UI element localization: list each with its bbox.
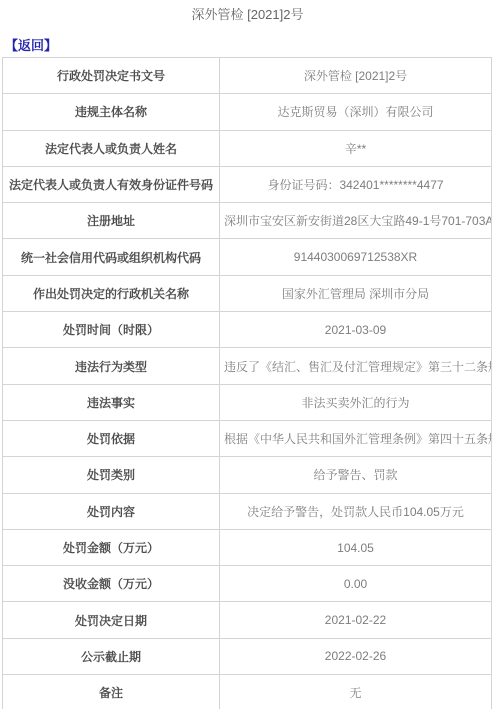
- row-label: 备注: [3, 675, 220, 709]
- penalty-page: 深外管检 [2021]2号 【返回】 行政处罚决定书文号深外管检 [2021]2…: [0, 0, 495, 709]
- row-label: 没收金额（万元）: [3, 566, 220, 602]
- penalty-table-body: 行政处罚决定书文号深外管检 [2021]2号违规主体名称达克斯贸易（深圳）有限公…: [3, 58, 492, 709]
- row-label: 违法事实: [3, 384, 220, 420]
- table-row: 违法行为类型违反了《结汇、售汇及付汇管理规定》第三十二条规定: [3, 348, 492, 384]
- row-value: 无: [220, 675, 492, 709]
- row-label: 处罚时间（时限）: [3, 312, 220, 348]
- row-value: 9144030069712538XR: [220, 239, 492, 275]
- row-value: 深圳市宝安区新安街道28区大宝路49-1号701-703A室: [220, 203, 492, 239]
- row-label: 法定代表人或负责人姓名: [3, 130, 220, 166]
- table-row: 注册地址深圳市宝安区新安街道28区大宝路49-1号701-703A室: [3, 203, 492, 239]
- row-label: 公示截止期: [3, 638, 220, 674]
- table-row: 公示截止期2022-02-26: [3, 638, 492, 674]
- row-label: 违法行为类型: [3, 348, 220, 384]
- row-label: 注册地址: [3, 203, 220, 239]
- row-value: 决定给予警告，处罚款人民币104.05万元: [220, 493, 492, 529]
- table-row: 违规主体名称达克斯贸易（深圳）有限公司: [3, 94, 492, 130]
- row-value: 国家外汇管理局 深圳市分局: [220, 275, 492, 311]
- row-value: 深外管检 [2021]2号: [220, 58, 492, 94]
- table-row: 法定代表人或负责人有效身份证件号码身份证号码：342401********447…: [3, 166, 492, 202]
- back-link[interactable]: 【返回】: [5, 35, 57, 54]
- row-label: 处罚决定日期: [3, 602, 220, 638]
- table-row: 没收金额（万元）0.00: [3, 566, 492, 602]
- row-value: 达克斯贸易（深圳）有限公司: [220, 94, 492, 130]
- table-row: 备注无: [3, 675, 492, 709]
- row-value: 根据《中华人民共和国外汇管理条例》第四十五条规定: [220, 420, 492, 456]
- row-label: 违规主体名称: [3, 94, 220, 130]
- row-value: 2021-03-09: [220, 312, 492, 348]
- row-value: 2021-02-22: [220, 602, 492, 638]
- penalty-table: 行政处罚决定书文号深外管检 [2021]2号违规主体名称达克斯贸易（深圳）有限公…: [2, 57, 492, 709]
- row-label: 处罚依据: [3, 420, 220, 456]
- table-row: 处罚类别给予警告、罚款: [3, 457, 492, 493]
- row-value: 给予警告、罚款: [220, 457, 492, 493]
- table-row: 处罚金额（万元）104.05: [3, 529, 492, 565]
- row-value: 违反了《结汇、售汇及付汇管理规定》第三十二条规定: [220, 348, 492, 384]
- table-row: 处罚时间（时限）2021-03-09: [3, 312, 492, 348]
- row-label: 作出处罚决定的行政机关名称: [3, 275, 220, 311]
- row-value: 104.05: [220, 529, 492, 565]
- table-row: 处罚依据根据《中华人民共和国外汇管理条例》第四十五条规定: [3, 420, 492, 456]
- row-label: 处罚内容: [3, 493, 220, 529]
- row-value: 辛**: [220, 130, 492, 166]
- row-value: 非法买卖外汇的行为: [220, 384, 492, 420]
- table-row: 法定代表人或负责人姓名辛**: [3, 130, 492, 166]
- table-row: 处罚内容决定给予警告，处罚款人民币104.05万元: [3, 493, 492, 529]
- row-value: 身份证号码：342401********4477: [220, 166, 492, 202]
- row-value: 0.00: [220, 566, 492, 602]
- row-value: 2022-02-26: [220, 638, 492, 674]
- row-label: 统一社会信用代码或组织机构代码: [3, 239, 220, 275]
- row-label: 处罚类别: [3, 457, 220, 493]
- row-label: 法定代表人或负责人有效身份证件号码: [3, 166, 220, 202]
- table-row: 处罚决定日期2021-02-22: [3, 602, 492, 638]
- page-title: 深外管检 [2021]2号: [0, 0, 495, 22]
- table-row: 统一社会信用代码或组织机构代码9144030069712538XR: [3, 239, 492, 275]
- table-row: 作出处罚决定的行政机关名称国家外汇管理局 深圳市分局: [3, 275, 492, 311]
- table-row: 违法事实非法买卖外汇的行为: [3, 384, 492, 420]
- row-label: 行政处罚决定书文号: [3, 58, 220, 94]
- row-label: 处罚金额（万元）: [3, 529, 220, 565]
- table-row: 行政处罚决定书文号深外管检 [2021]2号: [3, 58, 492, 94]
